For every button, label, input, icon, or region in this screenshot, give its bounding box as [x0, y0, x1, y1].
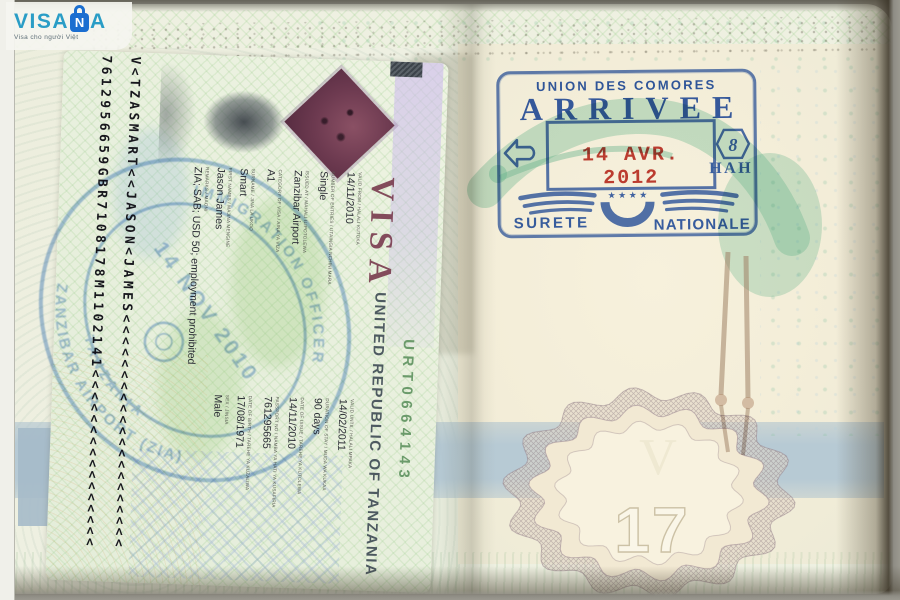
arrival-stamp-nationale: NATIONALE [654, 216, 751, 234]
page-number: 17 [614, 494, 689, 566]
gate-hexagon-icon: 8 [715, 128, 751, 160]
logo-letter-n: N [75, 15, 84, 30]
arrow-left-icon [503, 135, 543, 173]
crescent-icon [601, 202, 655, 228]
flamingo-lower-legs [721, 405, 748, 455]
airport-code: HAH [709, 160, 759, 179]
passport-scan: V 17 VISA UNITED REPUBLIC OF TANZANIA UR… [0, 0, 900, 600]
visana-logo: VISA N A Visa cho người Việt [14, 10, 129, 46]
scan-edge-right [836, 0, 900, 600]
scan-edge-left [0, 0, 15, 600]
arrival-stamp-surete: SURETE [514, 214, 590, 232]
visa-corner-hatch [390, 61, 423, 77]
flamingo-knee-right [742, 397, 754, 409]
logo-tagline: Visa cho người Việt [14, 34, 129, 41]
flamingo-knee-left [715, 394, 727, 406]
logo-text-visa: VISA [14, 12, 69, 32]
stamp-stars: ★ ★ ★ ★ [607, 190, 647, 200]
gate-number: 8 [728, 135, 737, 155]
arrival-date: 14 AVR. 2012 [549, 143, 713, 191]
arrival-date-box: 14 AVR. 2012 [546, 119, 717, 191]
entry-stamp-date: 14 NOV 2010 [149, 238, 263, 387]
zanzibar-entry-stamp: IMMIGRATION OFFICER 14 NOV 2010 ZANZIBAR… [10, 115, 380, 535]
lock-shackle-icon [74, 5, 85, 15]
logo-lock-icon: N [70, 13, 89, 32]
comoros-arrival-stamp: UNION DES COMORES ARRIVEE 14 AVR. 2012 8… [496, 69, 758, 239]
scan-edge-top [0, 0, 900, 12]
logo-text-a: A [90, 12, 107, 32]
scan-edge-bottom [0, 566, 900, 600]
